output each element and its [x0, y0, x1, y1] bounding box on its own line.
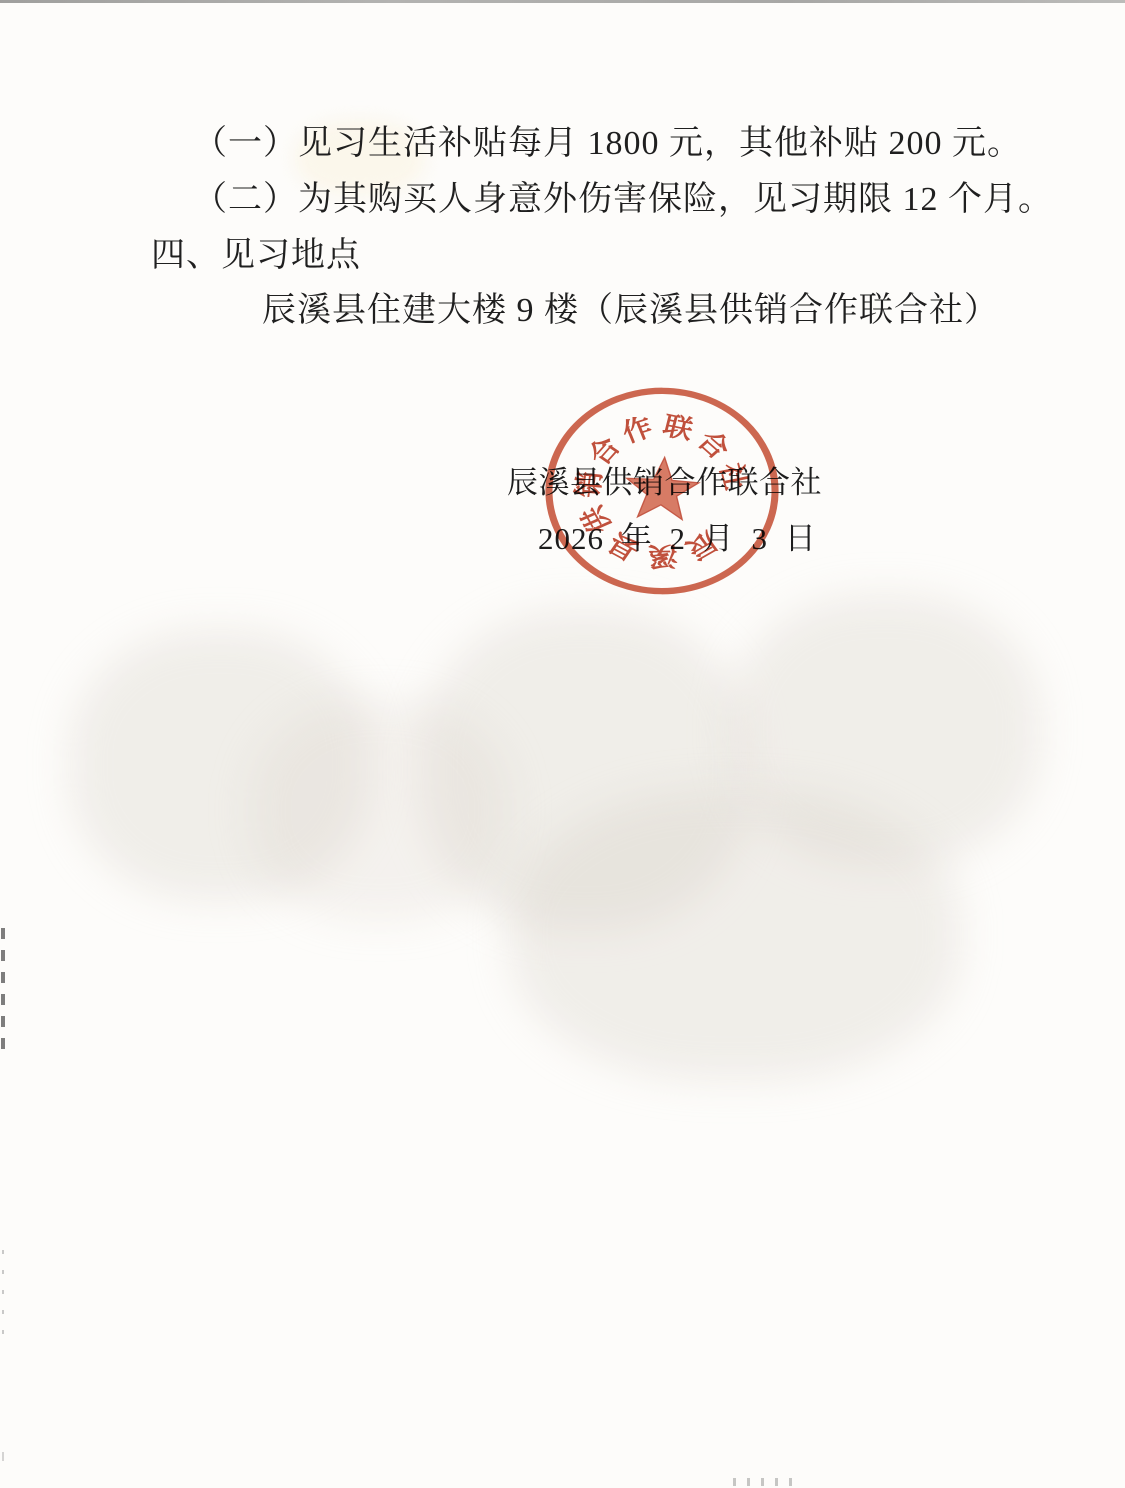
- scan-artifact-left-dash: [2, 1452, 4, 1461]
- scan-artifact-bottom-marks: [733, 1478, 793, 1486]
- body-line-insurance: （二）为其购买人身意外伤害保险，见习期限 12 个月。: [193, 180, 1053, 220]
- bleedthrough-smudge: [510, 790, 960, 1080]
- signature-org-name: 辰溪县供销合作联合社: [507, 465, 822, 501]
- scan-artifact-top-edge: [0, 0, 1125, 3]
- svg-text:作: 作: [618, 413, 657, 449]
- signature-date: 2026 年 2 月 3 日: [538, 521, 817, 557]
- body-line-address: 辰溪县住建大楼 9 楼（辰溪县供销合作联合社）: [262, 291, 999, 331]
- bleedthrough-smudge: [70, 630, 370, 900]
- scanned-document-page: （一）见习生活补贴每月 1800 元，其他补贴 200 元。 （二）为其购买人身…: [0, 0, 1125, 1488]
- bleedthrough-smudge: [730, 595, 1040, 865]
- svg-text:合: 合: [691, 425, 736, 465]
- bleedthrough-smudge: [420, 610, 750, 930]
- bleedthrough-layer: [0, 0, 1125, 1488]
- body-line-subsidy: （一）见习生活补贴每月 1800 元，其他补贴 200 元。: [193, 124, 1022, 164]
- scan-artifact-left-dashes-sparse: [2, 1250, 4, 1342]
- bleedthrough-smudge: [250, 700, 510, 920]
- section-heading-location: 四、见习地点: [151, 236, 361, 276]
- scan-artifact-left-dashes: [1, 928, 5, 1054]
- svg-text:联: 联: [660, 412, 696, 446]
